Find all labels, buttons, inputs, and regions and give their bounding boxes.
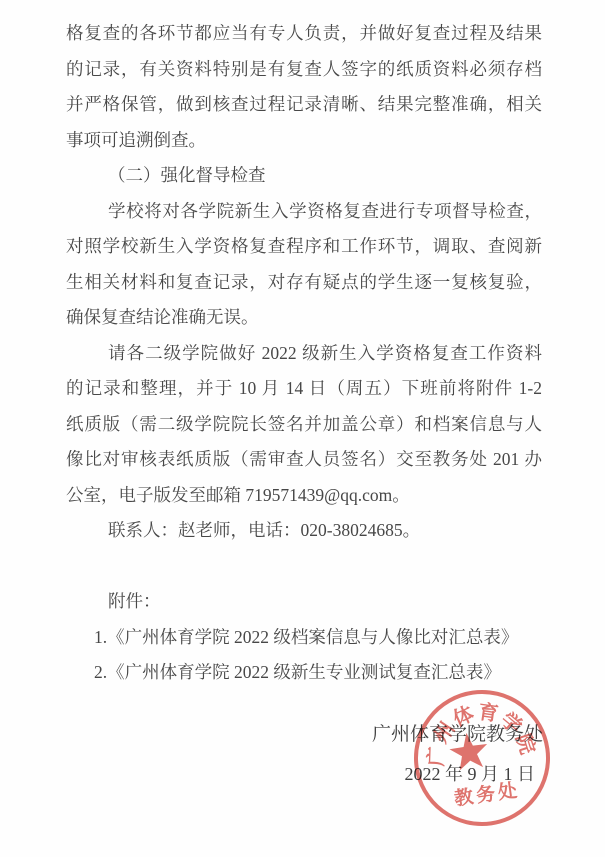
body-line: 附件： <box>66 584 542 620</box>
document-page: 格复查的各环节都应当有专人负责，并做好复查过程及结果的记录，有关资料特别是有复查… <box>0 0 605 857</box>
body-line: 1.《广州体育学院 2022 级档案信息与人像比对汇总表》 <box>66 620 542 656</box>
body-line: 纸质版（需二级学院院长签名并加盖公章）和档案信息与人 <box>66 407 542 443</box>
signature-date: 2022 年 9 月 1 日 <box>0 762 543 786</box>
body-line: 的记录，有关资料特别是有复查人签字的纸质资料必须存档 <box>66 52 542 88</box>
signature-issuer: 广州体育学院教务处 <box>0 722 543 748</box>
body-line: 学校将对各学院新生入学资格复查进行专项督导检查， <box>66 194 542 230</box>
document-body: 格复查的各环节都应当有专人负责，并做好复查过程及结果的记录，有关资料特别是有复查… <box>66 16 542 691</box>
body-line: 对照学校新生入学资格复查程序和工作环节，调取、查阅新 <box>66 229 542 265</box>
body-line: 像比对审核表纸质版（需审查人员签名）交至教务处 201 办 <box>66 442 542 478</box>
signature-block: 广州体育学院教务处 2022 年 9 月 1 日 <box>0 722 543 786</box>
body-line: 生相关材料和复查记录，对存有疑点的学生逐一复核复验， <box>66 265 542 301</box>
blank-line <box>66 549 542 585</box>
body-line: 公室，电子版发至邮箱 719571439@qq.com。 <box>66 478 542 514</box>
body-line: 2.《广州体育学院 2022 级新生专业测试复查汇总表》 <box>66 655 542 691</box>
body-line: （二）强化督导检查 <box>66 158 542 194</box>
body-line: 的记录和整理，并于 10 月 14 日（周五）下班前将附件 1-2 <box>66 371 542 407</box>
body-line: 确保复查结论准确无误。 <box>66 300 542 336</box>
body-line: 联系人：赵老师，电话：020-38024685。 <box>66 513 542 549</box>
body-line: 请各二级学院做好 2022 级新生入学资格复查工作资料 <box>66 336 542 372</box>
body-line: 事项可追溯倒查。 <box>66 123 542 159</box>
body-line: 格复查的各环节都应当有专人负责，并做好复查过程及结果 <box>66 16 542 52</box>
body-line: 并严格保管，做到核查过程记录清晰、结果完整准确，相关 <box>66 87 542 123</box>
